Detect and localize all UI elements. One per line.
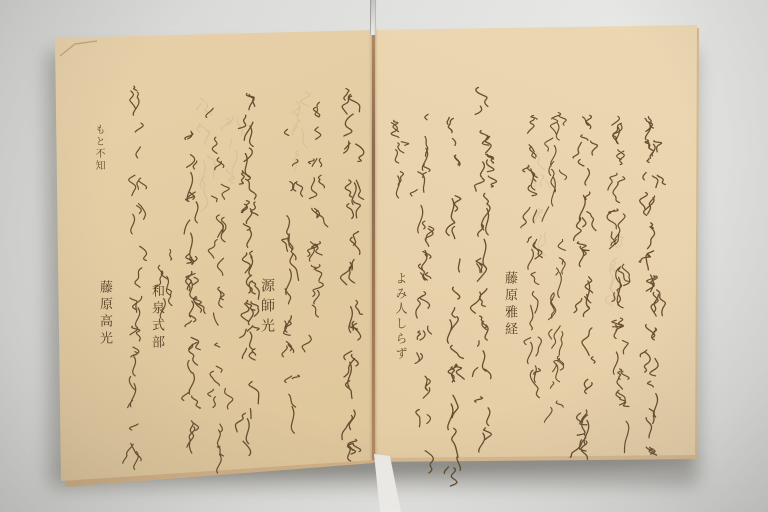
attribution-fujiwara-masatsune: 藤原雅経 [503,271,516,339]
attribution-minamoto-moromitsu: 源師光 [260,278,274,338]
attribution-izumi-shikibu: 和泉式部 [150,284,163,352]
center-fold [372,29,375,460]
manuscript-photo: 藤原雅経 よみ人しらず 源師光 和泉式部 藤原高光 もと不知 [0,0,768,512]
attribution-yomibito-shirazu: よみ人しらず [395,272,407,362]
annotation-moto-shirazu: もと不知 [93,124,103,172]
binding-cord-top [370,0,376,35]
attribution-fujiwara-takamitsu: 藤原高光 [98,280,111,348]
